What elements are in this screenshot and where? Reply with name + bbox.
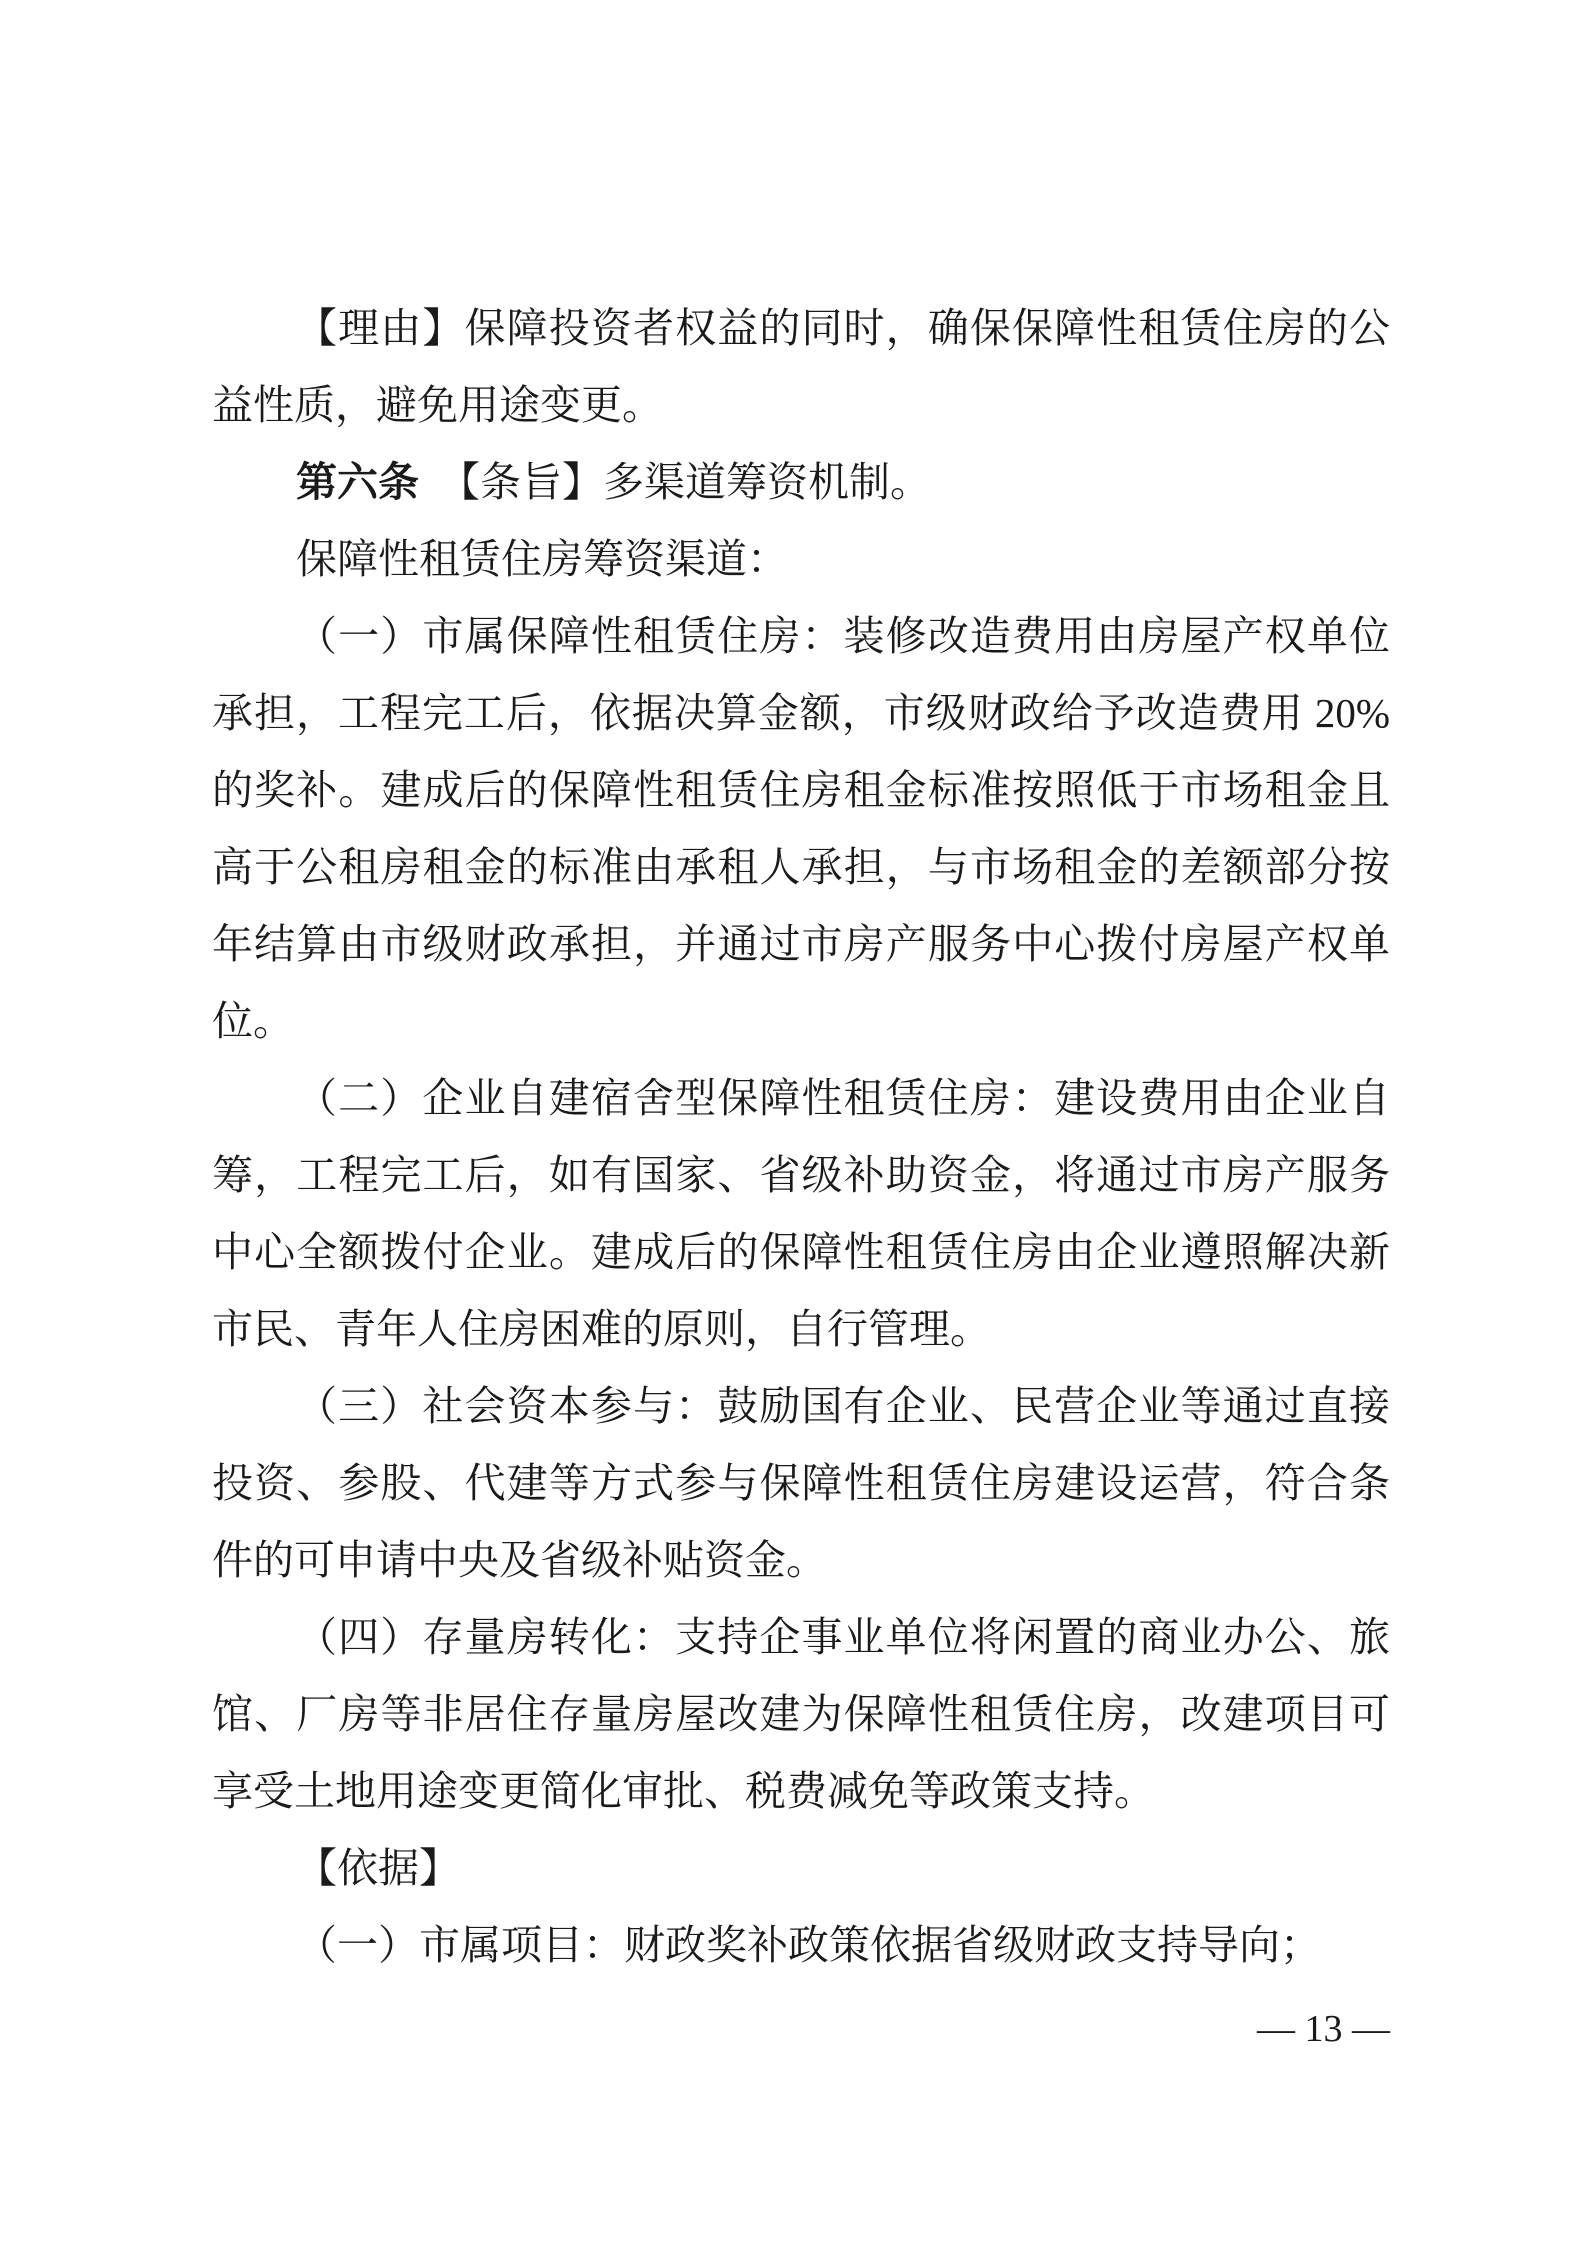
paragraph-reason: 【理由】保障投资者权益的同时，确保保障性租赁住房的公益性质，避免用途变更。	[212, 290, 1390, 444]
article-number-bold: 第六条	[296, 459, 419, 505]
paragraph-basis-heading: 【依据】	[212, 1830, 1390, 1907]
page-number: — 13 —	[212, 2006, 1390, 2052]
document-page: 【理由】保障投资者权益的同时，确保保障性租赁住房的公益性质，避免用途变更。 第六…	[0, 0, 1587, 2245]
paragraph-item-4-stock-housing-conversion: （四）存量房转化：支持企事业单位将闲置的商业办公、旅馆、厂房等非居住存量房屋改建…	[212, 1599, 1390, 1830]
paragraph-item-3-social-capital: （三）社会资本参与：鼓励国有企业、民营企业等通过直接投资、参股、代建等方式参与保…	[212, 1368, 1390, 1599]
paragraph-item-2-enterprise-dormitory: （二）企业自建宿舍型保障性租赁住房：建设费用由企业自筹，工程完工后，如有国家、省…	[212, 1060, 1390, 1368]
paragraph-item-1-municipal-housing: （一）市属保障性租赁住房：装修改造费用由房屋产权单位承担，工程完工后，依据决算金…	[212, 598, 1390, 1060]
document-body: 【理由】保障投资者权益的同时，确保保障性租赁住房的公益性质，避免用途变更。 第六…	[212, 290, 1390, 1984]
paragraph-funding-channels-intro: 保障性租赁住房筹资渠道：	[212, 521, 1390, 598]
paragraph-basis-item-1: （一）市属项目：财政奖补政策依据省级财政支持导向；	[212, 1907, 1390, 1984]
article-caption: 【条旨】多渠道筹资机制。	[439, 459, 931, 505]
paragraph-article-6: 第六条【条旨】多渠道筹资机制。	[212, 444, 1390, 521]
